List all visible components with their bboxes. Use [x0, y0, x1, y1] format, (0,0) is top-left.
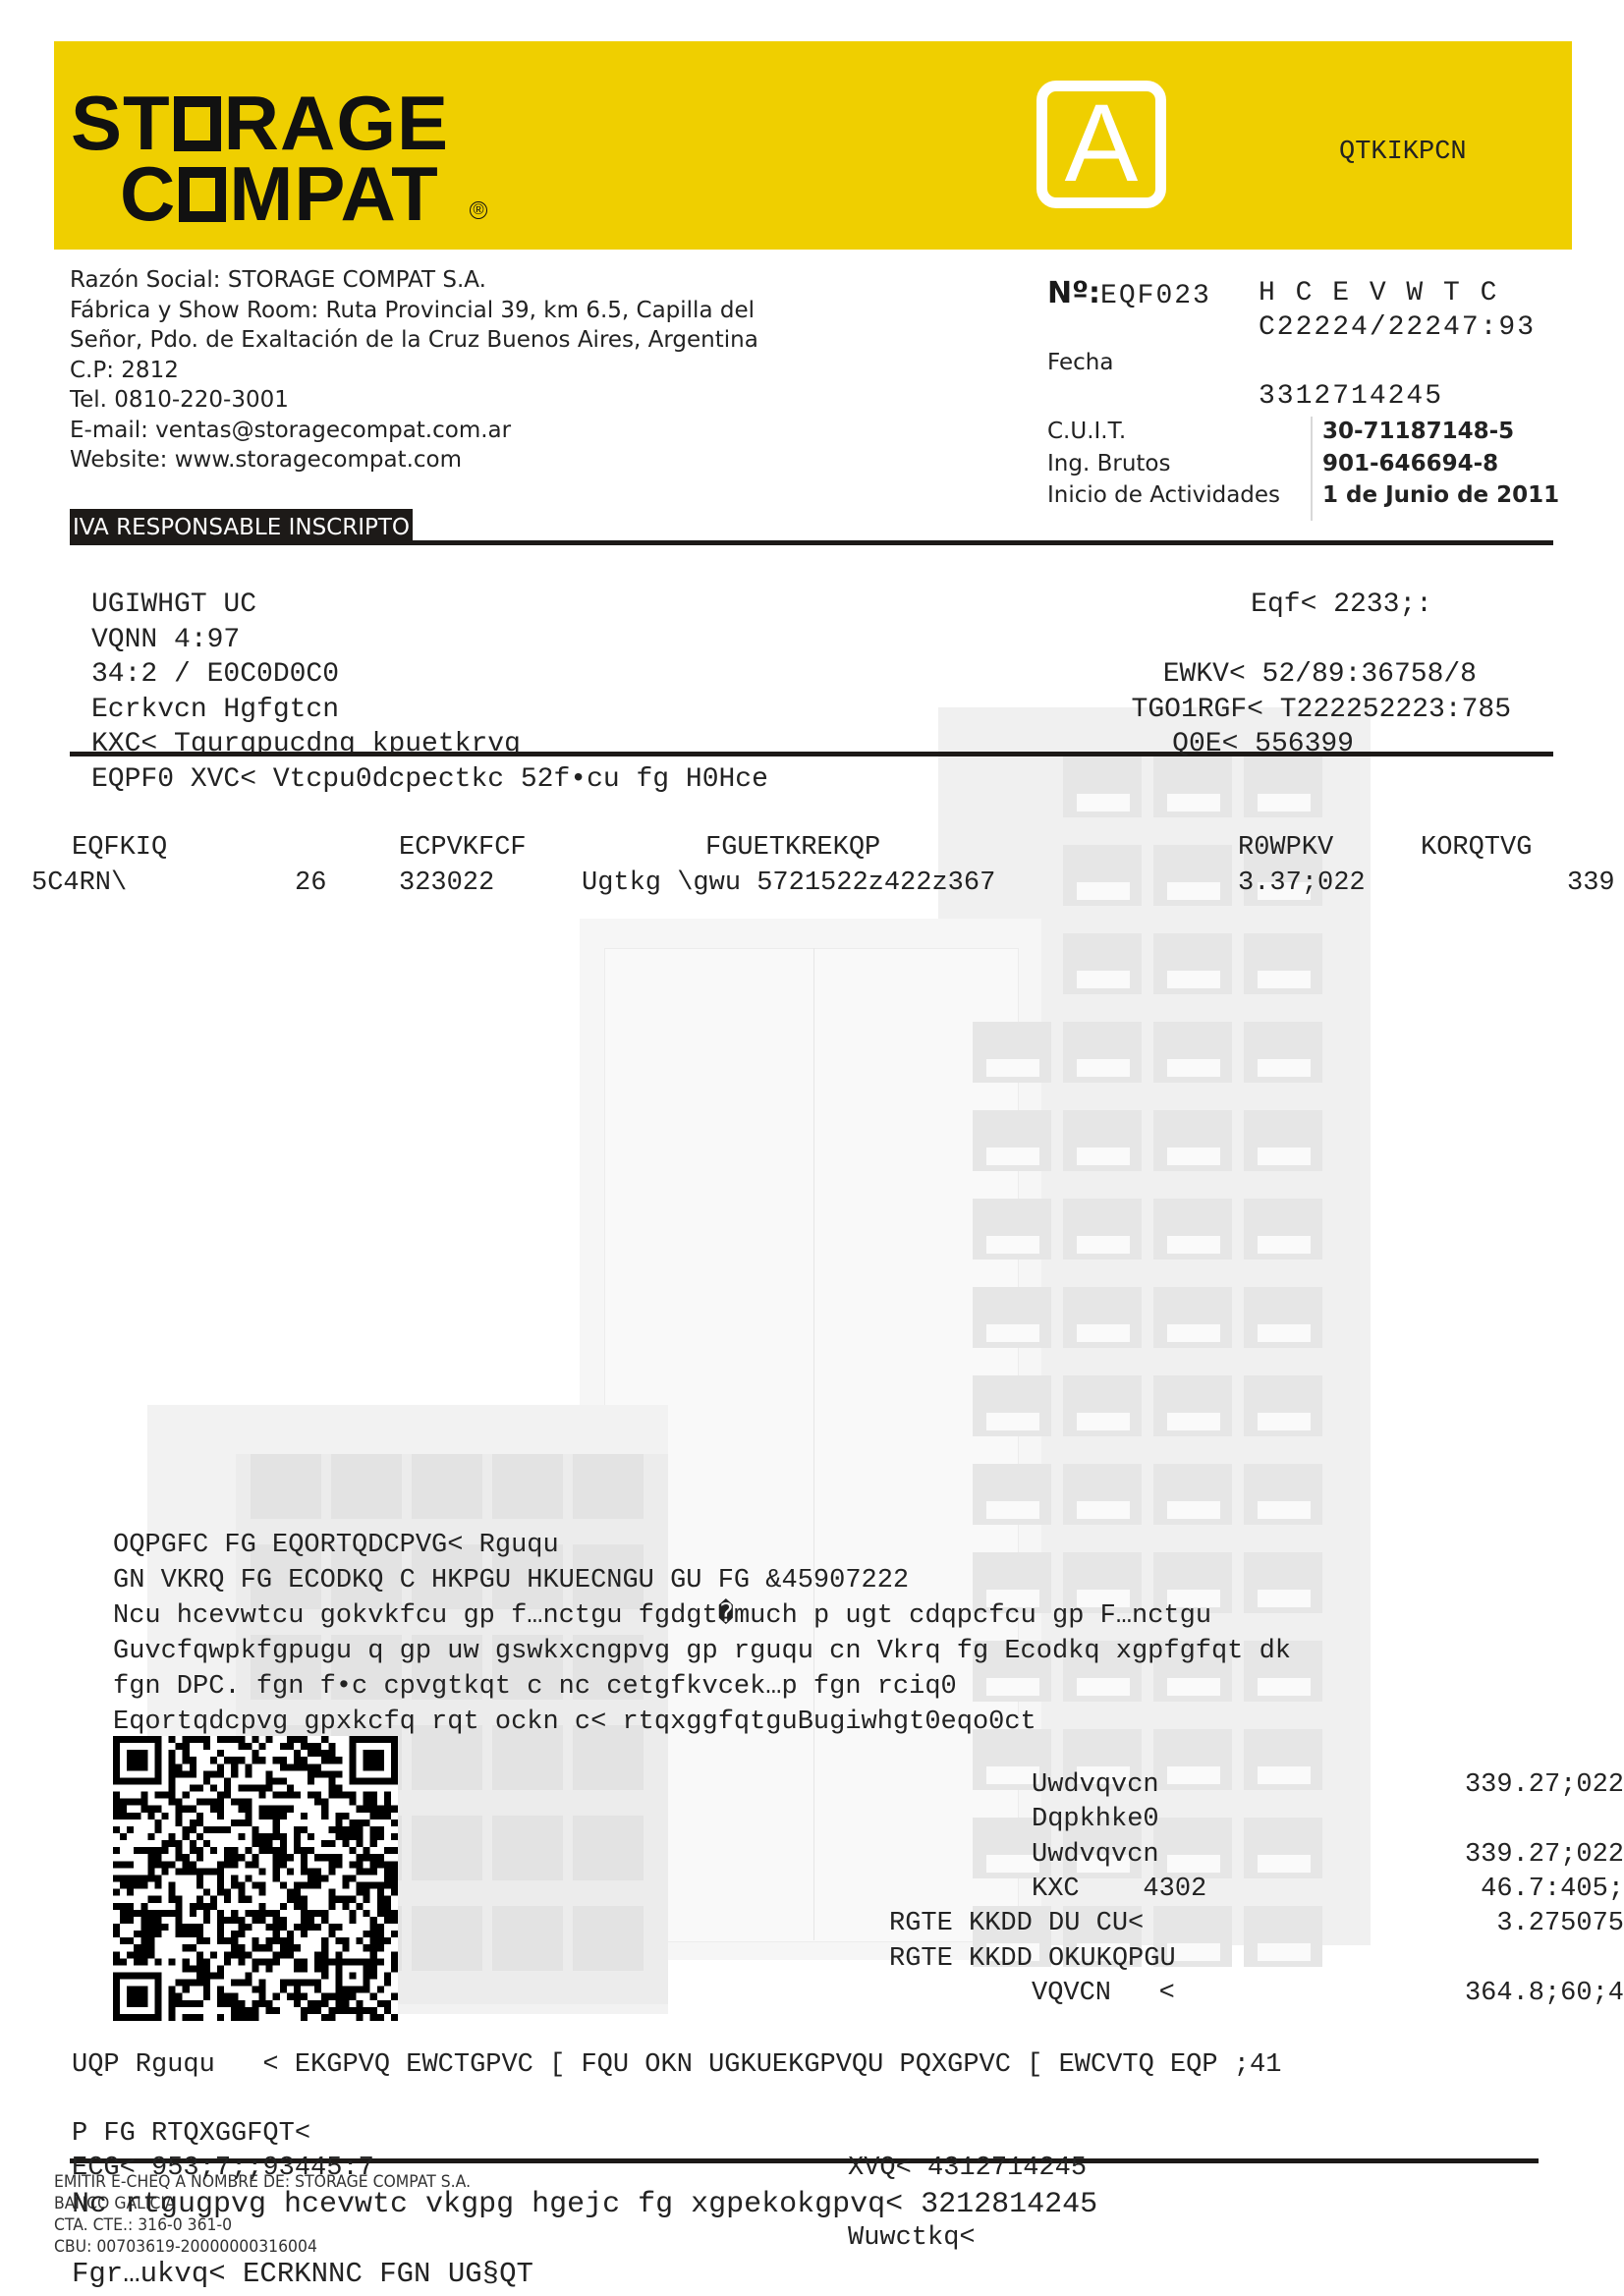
company-info-line: Website: www.storagecompat.com: [70, 445, 758, 476]
brand-logo-line2: CMPAT: [120, 155, 439, 232]
tax-condition-badge: IVA RESPONSABLE INSCRIPTO: [70, 509, 413, 544]
ingresos-brutos-label: Ing. Brutos: [1047, 451, 1170, 476]
supplier-label: P FG RTQXGGFQT<: [72, 2119, 310, 2149]
total-label: RGTE KKDD DU CU<: [889, 1909, 1144, 1938]
total-label: VQVCN <: [1032, 1979, 1175, 2008]
total-label: RGTE KKDD OKUKQPGU: [889, 1944, 1176, 1974]
activity-start-value: 1 de Junio de 2011: [1322, 482, 1559, 508]
company-info-line: Fábrica y Show Room: Ruta Provincial 39,…: [70, 296, 758, 326]
row-unit-price: 3.37;022: [1238, 868, 1366, 898]
client-info-line: KXC< Tgurqpucdng kpuetkrvq: [91, 727, 521, 762]
note-line: GN VKRQ FG ECODKQ C HKPGU HKUECNGU GU FG…: [113, 1563, 1291, 1598]
amount-in-words: UQP Rguqu < EKGPVQ EWCTGPVC [ FQU OKN UG…: [72, 2050, 1281, 2080]
company-info: Razón Social: STORAGE COMPAT S.A.Fábrica…: [70, 265, 758, 476]
activity-start-label: Inicio de Actividades: [1047, 482, 1280, 508]
total-label: Uwdvqvcn: [1032, 1770, 1159, 1800]
row-description: Ugtkg \gwu 5721522z422z367: [582, 868, 995, 898]
total-label: Dqpkhke0: [1032, 1805, 1159, 1834]
registered-mark: ®: [470, 201, 487, 219]
total-value: 3.275075: [1496, 1909, 1624, 1938]
note-line: Ncu hcevwtcu gokvkfcu gp f…nctgu fgdgt�m…: [113, 1598, 1291, 1634]
payment-condition: EQPF0 XVC< Vtcpu0dcpectkc 52f•cu fg H0Hc…: [91, 762, 768, 798]
company-info-line: Señor, Pdo. de Exaltación de la Cruz Bue…: [70, 325, 758, 356]
client-tax-field: Eqf< 2233;:: [1132, 588, 1511, 623]
note-line: OQPGFC FG EQORTQDCPVG< Rguqu: [113, 1528, 1291, 1563]
total-label: KXC 4302: [1032, 1875, 1206, 1904]
row-qty-a: 26: [295, 868, 326, 898]
total-value: 339.27;022: [1465, 1840, 1624, 1870]
invoice-type-text: H C E V W T C: [1259, 278, 1498, 308]
invoice-number-value: EQF023: [1100, 281, 1211, 311]
payment-due-note: Nc rtgugpvg hcevwtc vkgpg hgejc fg xgpek…: [72, 2188, 1097, 2221]
note-line: fgn DPC. fgn f•c cpvgtkqt c nc cetgfkvce…: [113, 1669, 1291, 1705]
total-value: 364.8;60;4: [1465, 1979, 1624, 2008]
client-info-line: 34:2 / E0C0D0C0: [91, 657, 521, 693]
company-info-line: Tel. 0810-220-3001: [70, 385, 758, 416]
company-info-line: C.P: 2812: [70, 356, 758, 386]
note-line: Guvcfqwpkfgpugu q gp uw gswkxcngpvg gp r…: [113, 1634, 1291, 1669]
client-tax-field: [1132, 623, 1511, 658]
note-line: Eqortqdcpvg gpxkcfq rqt ockn c< rtqxggfq…: [113, 1705, 1291, 1740]
client-info: UGIWHGT UCVQNN 4:9734:2 / E0C0D0C0Ecrkvc…: [91, 588, 521, 762]
client-tax-field: TGO1RGF< T222252223:785: [1132, 693, 1511, 728]
invoice-notes: OQPGFC FG EQORTQDCPVG< RguquGN VKRQ FG E…: [113, 1528, 1291, 1740]
cae-due-date: XVQ< 4312714245: [848, 2154, 1087, 2183]
client-info-line: VQNN 4:97: [91, 623, 521, 658]
cuit-label: C.U.I.T.: [1047, 419, 1126, 444]
company-info-line: E-mail: ventas@storagecompat.com.ar: [70, 416, 758, 446]
user-label: Wuwctkq<: [848, 2223, 976, 2253]
company-info-line: Razón Social: STORAGE COMPAT S.A.: [70, 265, 758, 296]
ingresos-brutos-value: 901-646694-8: [1322, 451, 1498, 476]
invoice-number-full: C22224/22247:93: [1259, 312, 1536, 343]
invoice-number-label: Nº:: [1047, 276, 1100, 310]
cae-number: ECG< 953;7;;93445:7: [72, 2154, 374, 2183]
total-value: 46.7:405;: [1481, 1875, 1624, 1904]
client-tax-field: EWKV< 52/89:36758/8: [1132, 657, 1511, 693]
total-label: Uwdvqvcn: [1032, 1840, 1159, 1870]
bank-detail-line: CBU: 00703619-20000000316004: [54, 2236, 471, 2258]
deposit-label: Fgr…ukvq< ECRKNNC FGN UG§QT: [72, 2258, 533, 2290]
cuit-value: 30-71187148-5: [1322, 419, 1514, 444]
client-info-line: Ecrkvcn Hgfgtcn: [91, 693, 521, 728]
invoice-letter-box: A: [1036, 81, 1166, 208]
divider-line: [70, 540, 1553, 545]
col-header-qty: ECPVKFCF: [399, 833, 527, 863]
client-tax-field: Q0E< 556399: [1132, 727, 1511, 762]
document-type: QTKIKPCN: [1339, 138, 1467, 167]
meta-separator: [1311, 417, 1313, 521]
row-amount: 339: [1567, 868, 1615, 898]
client-info-line: UGIWHGT UC: [91, 588, 521, 623]
col-header-unit-price: R0WPKV: [1238, 833, 1333, 863]
client-tax-info: Eqf< 2233;: EWKV< 52/89:36758/8TGO1RGF< …: [1132, 588, 1511, 762]
date-label: Fecha: [1047, 350, 1113, 375]
col-header-amount: KORQTVG: [1421, 833, 1532, 863]
row-code: 5C4RN\: [31, 868, 127, 898]
row-qty-b: 323022: [399, 868, 494, 898]
col-header-code: EQFKIQ: [72, 833, 167, 863]
total-value: 339.27;022: [1465, 1770, 1624, 1800]
col-header-description: FGUETKREKQP: [705, 833, 880, 863]
qr-code: [113, 1736, 398, 2021]
invoice-number: Nº:EQF023: [1047, 276, 1211, 311]
date-value: 3312714245: [1259, 381, 1443, 412]
